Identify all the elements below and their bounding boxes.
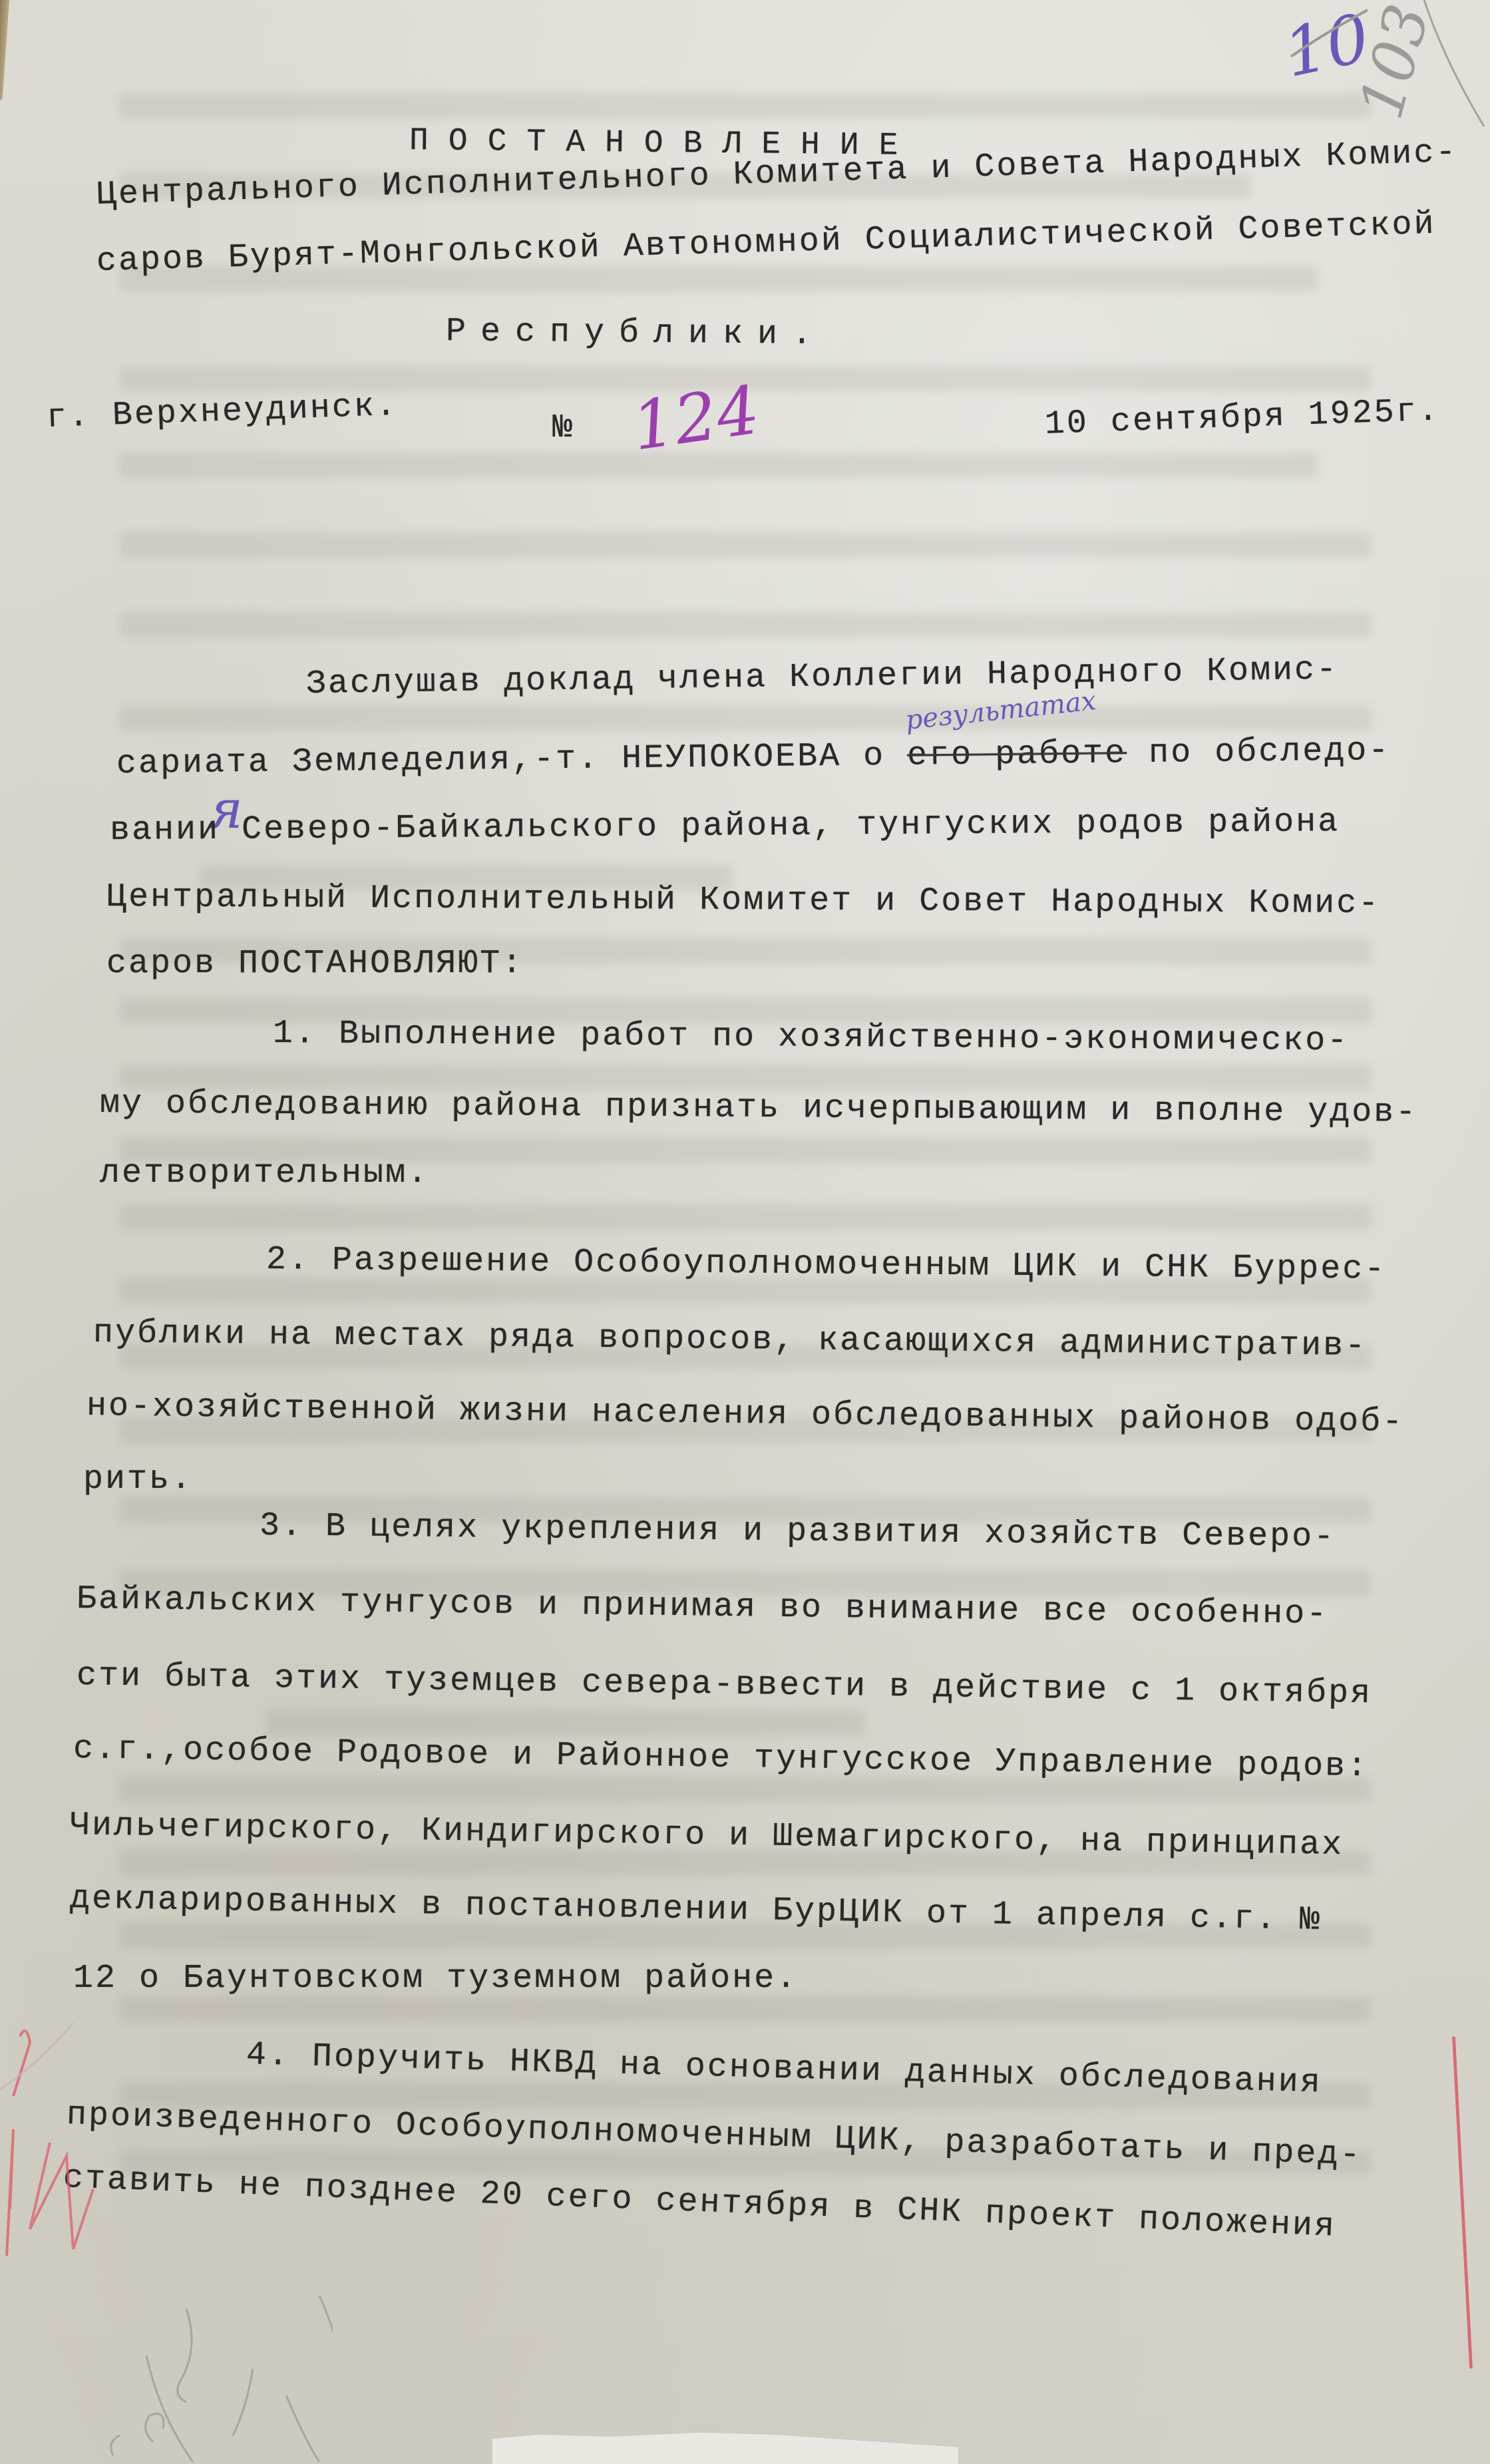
item-1-line-3: летворительным. bbox=[100, 1154, 429, 1192]
preamble-line-2: сариата Земледелия,-т. НЕУПОКОЕВА о его … bbox=[116, 732, 1391, 783]
bleed-through bbox=[120, 612, 1371, 637]
bleed-through bbox=[120, 452, 1318, 478]
item-1-line-2: му обследованию района признать исчерпыв… bbox=[100, 1085, 1418, 1132]
item-1-line-1: 1. Выполнение работ по хозяйственно-экон… bbox=[273, 1015, 1350, 1060]
paper-edge bbox=[0, 0, 9, 100]
item-3-line-3: сти быта этих туземцев севера-ввести в д… bbox=[77, 1657, 1373, 1713]
preamble-line-2-start: сариата Земледелия,-т. НЕУПОКОЕВА о bbox=[116, 737, 886, 783]
date: 10 сентября 1925г. bbox=[1044, 392, 1441, 444]
item-3-number: 3. bbox=[260, 1507, 304, 1546]
bleed-through bbox=[120, 1996, 1371, 2022]
red-margin-line bbox=[1452, 2036, 1473, 2369]
bleed-through bbox=[266, 1710, 865, 1735]
bleed-through bbox=[120, 705, 1371, 731]
issuer-line-3: Республики. bbox=[446, 313, 827, 354]
paper-tear bbox=[492, 2422, 958, 2464]
document-page: ПОСТАНОВЛЕНИЕ Центрального Исполнительно… bbox=[0, 0, 1490, 2464]
preamble-line-3: вании Северо-Байкальского района, тунгус… bbox=[110, 803, 1340, 850]
bleed-through bbox=[120, 93, 1371, 118]
red-scribble-icon bbox=[0, 2023, 106, 2262]
item-3-line-7: 12 о Баунтовском туземном районе. bbox=[73, 1960, 798, 1998]
preamble-line-4: Центральный Исполнительный Комитет и Сов… bbox=[106, 878, 1381, 923]
place: г. Верхнеудинск. bbox=[46, 387, 399, 437]
bleed-through bbox=[120, 532, 1371, 558]
pencil-line-icon bbox=[1417, 0, 1490, 133]
struck-text: его работе bbox=[907, 735, 1127, 775]
number-label: № bbox=[552, 409, 574, 447]
item-2-number: 2. bbox=[266, 1241, 311, 1280]
preamble-line-5: саров ПОСТАНОВЛЯЮТ: bbox=[106, 945, 524, 983]
item-1-number: 1. bbox=[273, 1015, 317, 1053]
item-2-line-4: рить. bbox=[83, 1461, 193, 1498]
preamble-line-1: Заслушав доклад члена Коллегии Народного… bbox=[306, 651, 1339, 703]
handwritten-number: 124 bbox=[628, 371, 764, 465]
item-4-number: 4. bbox=[246, 2036, 290, 2075]
preamble-line-2-end: по обследо- bbox=[1149, 732, 1391, 773]
pencil-scribble-icon bbox=[40, 2296, 333, 2462]
bleed-through bbox=[120, 1204, 1371, 1230]
